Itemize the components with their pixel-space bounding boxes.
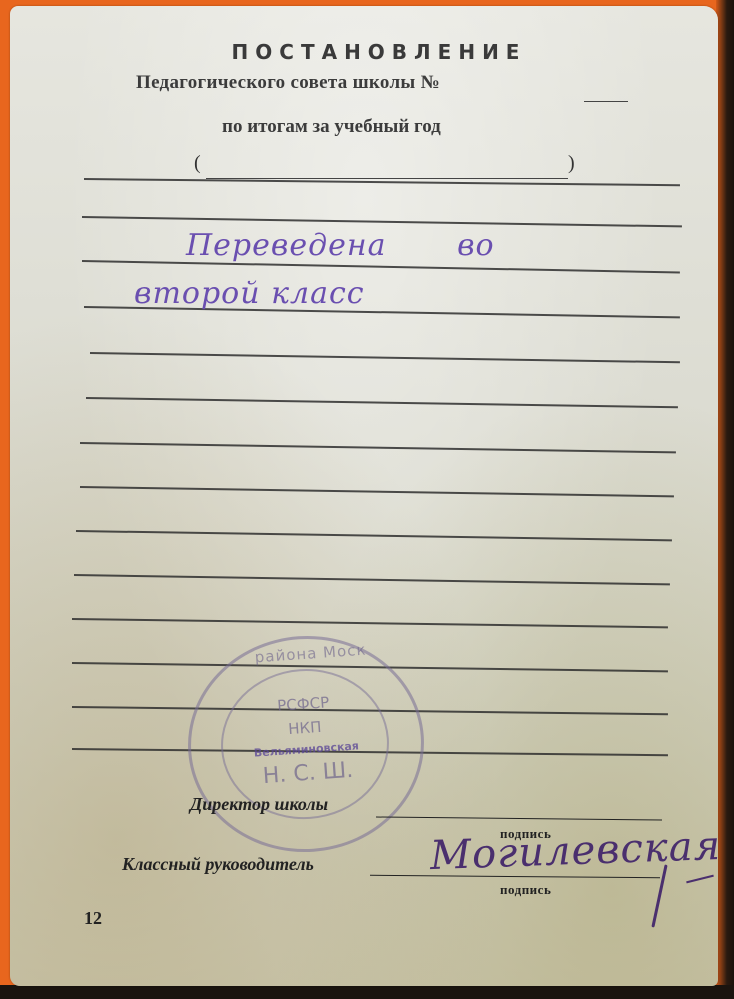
handwritten-word: во xyxy=(457,228,495,263)
director-label: Директор школы xyxy=(190,794,328,815)
year-close-paren: ) xyxy=(568,152,575,175)
ruled-line xyxy=(80,486,674,497)
ruled-line xyxy=(84,178,680,186)
handwritten-text-line2: второй класс xyxy=(134,276,365,311)
document-title: ПОСТАНОВЛЕНИЕ xyxy=(10,40,718,64)
class-teacher-label: Классный руководитель xyxy=(122,854,314,875)
ruled-line xyxy=(82,216,682,227)
handwritten-text-line1: Переведена во xyxy=(186,228,495,263)
handwritten-signature: Могилевская xyxy=(429,823,721,879)
document-subtitle: Педагогического совета школы № xyxy=(136,72,440,94)
document-subtitle-year: по итогам за учебный год xyxy=(222,116,441,138)
page-number: 12 xyxy=(84,908,102,929)
signature-flourish-dash xyxy=(686,875,714,884)
ruled-line xyxy=(76,530,672,541)
background-bottom-edge xyxy=(0,985,734,999)
ruled-line xyxy=(72,618,668,628)
school-number-field xyxy=(584,101,628,102)
ruled-line xyxy=(86,397,678,408)
official-round-stamp: района Моск РСФСР НКП Вельяминовская Н. … xyxy=(181,628,431,860)
handwritten-word: Переведена xyxy=(186,228,387,263)
ruled-line xyxy=(74,574,670,585)
stamp-ring-text: района Моск xyxy=(254,641,367,667)
year-open-paren: ( xyxy=(194,152,201,175)
signature-flourish xyxy=(651,864,667,927)
director-signature-line xyxy=(376,817,662,821)
document-page: ПОСТАНОВЛЕНИЕ Педагогического совета шко… xyxy=(10,6,718,986)
ruled-line xyxy=(80,442,676,453)
ruled-line xyxy=(90,352,680,363)
class-teacher-signature-caption: подпись xyxy=(500,882,551,898)
academic-year-field xyxy=(206,178,568,179)
